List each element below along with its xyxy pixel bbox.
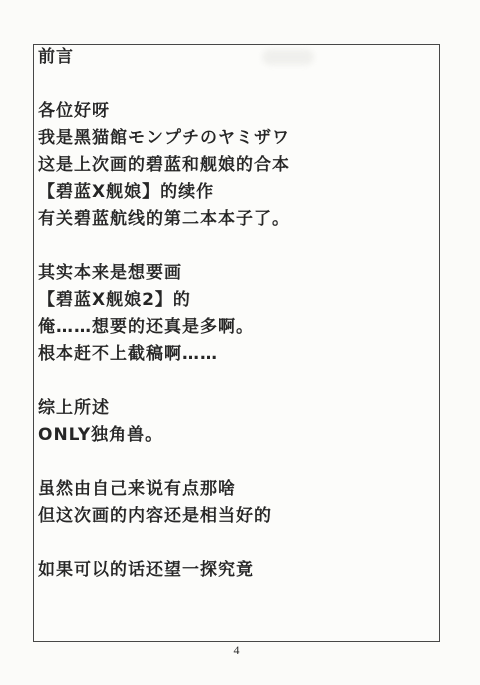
text-line: ONLY独角兽。 — [38, 422, 470, 449]
paragraph-original-plan: 其实本来是想要画 【碧蓝X舰娘2】的 俺……想要的还真是多啊。 根本赶不上截稿啊… — [38, 260, 470, 368]
paragraph-greeting: 各位好呀 我是黑猫館モンプチのヤミザワ 这是上次画的碧蓝和舰娘的合本 【碧蓝X舰… — [38, 98, 470, 233]
text-line: 其实本来是想要画 — [38, 260, 470, 287]
text-line: 俺……想要的还真是多啊。 — [38, 314, 470, 341]
scanned-document-page: 前言 各位好呀 我是黑猫館モンプチのヤミザワ 这是上次画的碧蓝和舰娘的合本 【碧… — [0, 0, 480, 685]
text-line: 我是黑猫館モンプチのヤミザワ — [38, 125, 470, 152]
text-line: 【碧蓝X舰娘】的续作 — [38, 179, 470, 206]
paragraph-self-praise: 虽然由自己来说有点那啥 但这次画的内容还是相当好的 — [38, 476, 470, 530]
text-line: 综上所述 — [38, 395, 470, 422]
text-line: 有关碧蓝航线的第二本本子了。 — [38, 206, 470, 233]
paragraph-invitation: 如果可以的话还望一探究竟 — [38, 557, 470, 584]
text-line: 如果可以的话还望一探究竟 — [38, 557, 470, 584]
text-line: 根本赶不上截稿啊…… — [38, 341, 470, 368]
text-line: 虽然由自己来说有点那啥 — [38, 476, 470, 503]
paragraph-conclusion: 综上所述 ONLY独角兽。 — [38, 395, 470, 449]
text-line: 这是上次画的碧蓝和舰娘的合本 — [38, 152, 470, 179]
preface-text-block: 前言 各位好呀 我是黑猫館モンプチのヤミザワ 这是上次画的碧蓝和舰娘的合本 【碧… — [38, 44, 470, 584]
text-line: 但这次画的内容还是相当好的 — [38, 503, 470, 530]
text-line: 【碧蓝X舰娘2】的 — [38, 287, 470, 314]
preface-title: 前言 — [38, 44, 470, 71]
page-number: 4 — [33, 643, 440, 657]
text-line: 各位好呀 — [38, 98, 470, 125]
